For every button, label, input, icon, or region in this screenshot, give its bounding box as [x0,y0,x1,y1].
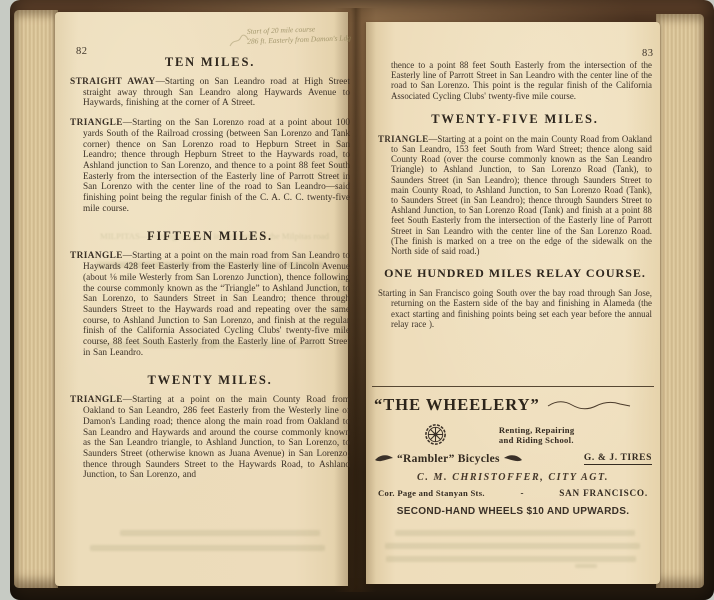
wheel-icon [372,423,499,446]
section-heading-ten-miles: TEN MILES. [70,55,350,70]
left-page-text-column: TEN MILES. STRAIGHT AWAY—Starting on San… [70,55,350,490]
ad-bicycles-label: “Rambler” Bicycles [397,453,500,465]
ad-top-rule [372,386,654,387]
swash-right-icon [503,454,523,464]
section-heading-fifteen-miles: FIFTEEN MILES. [70,229,350,244]
right-page-edges [656,14,704,588]
section-heading-twenty-miles: TWENTY MILES. [70,373,350,388]
ad-separator: - [521,488,524,498]
ghost-line [90,545,325,551]
ghost-line [120,530,320,536]
route-text: —Starting on the San Lorenzo road at a p… [83,118,350,214]
ad-secondhand: SECOND-HAND WHEELS $10 AND UPWARDS. [378,505,649,517]
section-heading-relay-course: ONE HUNDRED MILES RELAY COURSE. [378,266,652,281]
ad-services-line2: and Riding School. [499,435,575,445]
route-text: —Starting at a point on the main road fr… [83,251,350,357]
ghost-line [386,556,636,562]
ad-title-row: “THE WHEELERY” [374,395,654,415]
ghost-mark [575,564,597,568]
route-lead: STRAIGHT AWAY [70,77,156,87]
ad-address: Cor. Page and Stanyan Sts. [378,488,485,498]
route-lead: TRIANGLE [70,251,123,261]
left-page-edges [14,10,58,588]
right-page-text-column: thence to a point 88 feet South Easterly… [378,60,652,338]
pencil-note: Start of 20 mile course 286 ft. Easterly… [247,23,351,46]
route-lead: TRIANGLE [378,134,429,144]
ad-services-text: Renting, Repairing and Riding School. [499,425,575,445]
route-text: —Starting at a point on the main County … [391,134,652,256]
route-text: —Starting at a point on the main County … [83,395,350,480]
wheelery-advertisement: “THE WHEELERY” [372,386,654,517]
right-page-number: 83 [642,48,654,59]
ad-bicycles: “Rambler” Bicycles [374,453,523,465]
ad-city: SAN FRANCISCO. [559,488,648,498]
route-paragraph: Starting in San Francisco going South ov… [378,288,652,329]
ghost-line [395,530,635,536]
section-heading-twenty-five-miles: TWENTY-FIVE MILES. [378,112,652,127]
ad-address-row: Cor. Page and Stanyan Sts. - SAN FRANCIS… [372,488,654,498]
ad-brands-row: “Rambler” Bicycles G. & J. TIRES [372,453,654,465]
route-text: Starting in San Francisco going South ov… [378,288,652,329]
route-lead: TRIANGLE [70,118,123,128]
book-photo: Start of 20 mile course 286 ft. Easterly… [0,0,714,600]
ad-services-line1: Renting, Repairing [499,425,575,435]
ad-agent: C. M. CHRISTOFFER, CITY AGT. [372,472,654,483]
flourish-wave-icon [546,397,632,413]
route-paragraph: TRIANGLE—Starting at a point on the main… [378,134,652,256]
ad-tires: G. & J. TIRES [584,453,652,465]
route-paragraph: TRIANGLE—Starting on the San Lorenzo roa… [70,118,350,214]
ghost-line [385,543,640,549]
ad-services-row: Renting, Repairing and Riding School. [372,423,654,446]
route-paragraph: STRAIGHT AWAY—Starting on San Leandro ro… [70,77,350,109]
route-paragraph: TRIANGLE—Starting at a point on the main… [70,395,350,481]
swash-left-icon [374,454,394,464]
route-paragraph: TRIANGLE—Starting at a point on the main… [70,251,350,358]
route-lead: TRIANGLE [70,395,123,405]
continuation-paragraph: thence to a point 88 feet South Easterly… [378,60,652,101]
ad-title: “THE WHEELERY” [374,395,540,415]
